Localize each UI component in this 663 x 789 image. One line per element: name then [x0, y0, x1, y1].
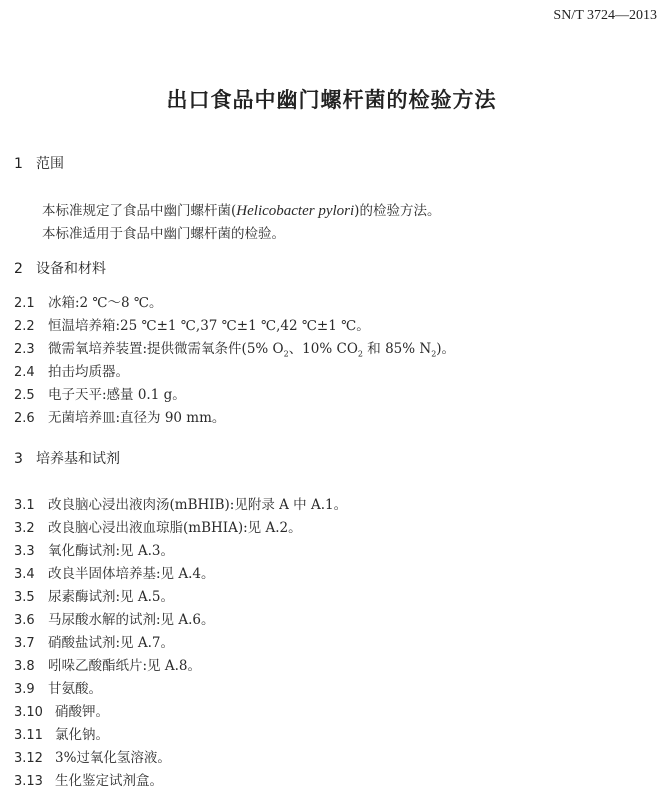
- list-item: 2.3微需氧培养装置:提供微需氧条件(5% O2、10% CO2 和 85% N…: [14, 337, 455, 359]
- list-item: 3.1改良脑心浸出液肉汤(mBHIB):见附录 A 中 A.1。: [14, 493, 347, 513]
- section-3-heading: 3培养基和试剂: [14, 448, 120, 468]
- list-item: 3.3氧化酶试剂:见 A.3。: [14, 539, 174, 559]
- section-title: 培养基和试剂: [36, 451, 120, 467]
- section-number: 2: [14, 261, 36, 277]
- section-number: 1: [14, 156, 36, 172]
- list-item: 3.4改良半固体培养基:见 A.4。: [14, 562, 214, 582]
- scope-paragraph-1: 本标准规定了食品中幽门螺杆菌(Helicobacter pylori)的检验方法…: [42, 199, 440, 220]
- list-item: 3.6马尿酸水解的试剂:见 A.6。: [14, 608, 214, 628]
- list-item: 2.5电子天平:感量 0.1 g。: [14, 383, 186, 403]
- scope-paragraph-2: 本标准适用于食品中幽门螺杆菌的检验。: [42, 222, 285, 242]
- list-item: 3.123%过氧化氢溶液。: [14, 746, 171, 766]
- section-title: 设备和材料: [36, 261, 106, 277]
- list-item: 3.9甘氨酸。: [14, 677, 102, 697]
- standard-code: SN/T 3724—2013: [553, 8, 657, 24]
- list-item: 2.4拍击均质器。: [14, 360, 129, 380]
- species-name: Helicobacter pylori: [236, 203, 354, 219]
- list-item: 2.1冰箱:2 ℃～8 ℃。: [14, 291, 163, 311]
- section-2-heading: 2设备和材料: [14, 258, 106, 278]
- list-item: 3.13生化鉴定试剂盒。: [14, 769, 163, 789]
- section-number: 3: [14, 451, 36, 467]
- list-item: 3.10硝酸钾。: [14, 700, 109, 720]
- list-item: 3.5尿素酶试剂:见 A.5。: [14, 585, 174, 605]
- list-item: 3.8吲哚乙酸酯纸片:见 A.8。: [14, 654, 201, 674]
- list-item: 2.2恒温培养箱:25 ℃±1 ℃,37 ℃±1 ℃,42 ℃±1 ℃。: [14, 314, 370, 334]
- list-item: 3.7硝酸盐试剂:见 A.7。: [14, 631, 174, 651]
- list-item: 2.6无菌培养皿:直径为 90 mm。: [14, 406, 225, 426]
- section-title: 范围: [36, 156, 64, 172]
- section-1-heading: 1范围: [14, 153, 64, 173]
- list-item: 3.11氯化钠。: [14, 723, 109, 743]
- list-item: 3.2改良脑心浸出液血琼脂(mBHIA):见 A.2。: [14, 516, 302, 536]
- document-title: 出口食品中幽门螺杆菌的检验方法: [0, 84, 663, 114]
